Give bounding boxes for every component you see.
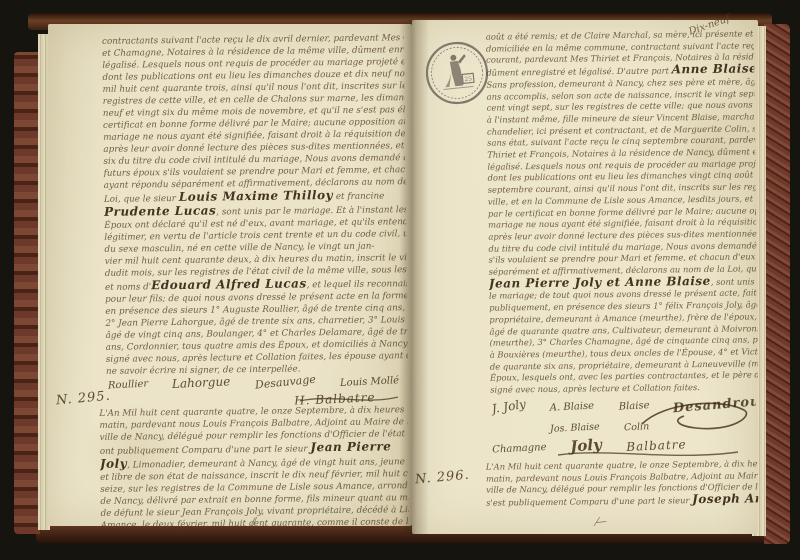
signature: Lahorgue <box>172 374 231 391</box>
signature-row: ChamagneJolyBalbatre <box>492 433 756 458</box>
revenue-stamp-icon: 25 <box>421 37 494 110</box>
handwritten-text: et francine <box>333 191 384 202</box>
book-left-cover <box>14 52 40 534</box>
signature: Blaise <box>618 400 649 412</box>
entry-end-flourish: ⁄— <box>595 515 605 529</box>
person-name: Joly <box>100 457 127 471</box>
handwritten-text: Loi, que le sieur <box>104 194 179 205</box>
handwritten-text: s'est publiquement Comparu d'une part le… <box>486 495 692 508</box>
signature: A. Blaise <box>550 401 595 414</box>
person-name: Joseph André <box>692 493 758 506</box>
handwritten-text: dûment enregistré et légalisé. D'autre p… <box>486 65 672 77</box>
book-right-cover <box>764 24 790 544</box>
right-page-entry-296-text: L'An Mil huit cent quarante quatre, le o… <box>486 458 759 509</box>
signature: J. Joly <box>492 397 527 416</box>
person-name: Anne Blaise <box>672 63 755 76</box>
signature: Joly <box>570 435 603 455</box>
right-page-entry-text: août a été remis; et de Claire Marchal, … <box>486 28 758 396</box>
signature: Balbatre <box>626 437 687 454</box>
signature-row: Jos. BlaiseColin <box>550 413 756 431</box>
svg-text:25: 25 <box>464 75 473 83</box>
signature: Colin <box>623 421 649 433</box>
handwritten-text: et noms d' <box>105 282 151 293</box>
person-name: Jean Pierre <box>310 440 391 454</box>
signature-row: H. Balbatre <box>294 387 400 404</box>
left-page-entry-text: contractants suivant l'acte reçu le dix … <box>102 32 408 378</box>
signature: Chamagne <box>492 442 547 456</box>
signature: Jos. Blaise <box>550 421 600 434</box>
person-name: Louis Maxime Thilloy <box>179 188 333 204</box>
handwritten-text: , sont unis par <box>711 276 757 287</box>
left-page-signatures: RoullierLahorgueDesauvageLouis MolléH. B… <box>108 369 400 407</box>
signature-row: RoullierLahorgueDesauvageLouis Mollé <box>108 369 400 391</box>
person-name: Prudente Lucas <box>104 203 216 218</box>
left-page-entry-295-text: L'An Mil huit cent quarante quatre, le o… <box>99 404 408 532</box>
person-name: Edouard Alfred Lucas <box>151 276 307 292</box>
handwritten-text: Époux, lesquels ont, avec les parties co… <box>490 370 758 383</box>
right-page-signatures: J. JolyA. BlaiseBlaiseDesandrouinsJos. B… <box>492 392 757 458</box>
signature: Roullier <box>108 379 149 392</box>
handwritten-text: , et lequel ils reconnaissent <box>307 279 407 290</box>
scanned-register-photo: 25 contractants suivant l'acte reçu le d… <box>0 0 800 560</box>
handwritten-text: séparément et affirmativement, déclarons… <box>489 263 757 276</box>
